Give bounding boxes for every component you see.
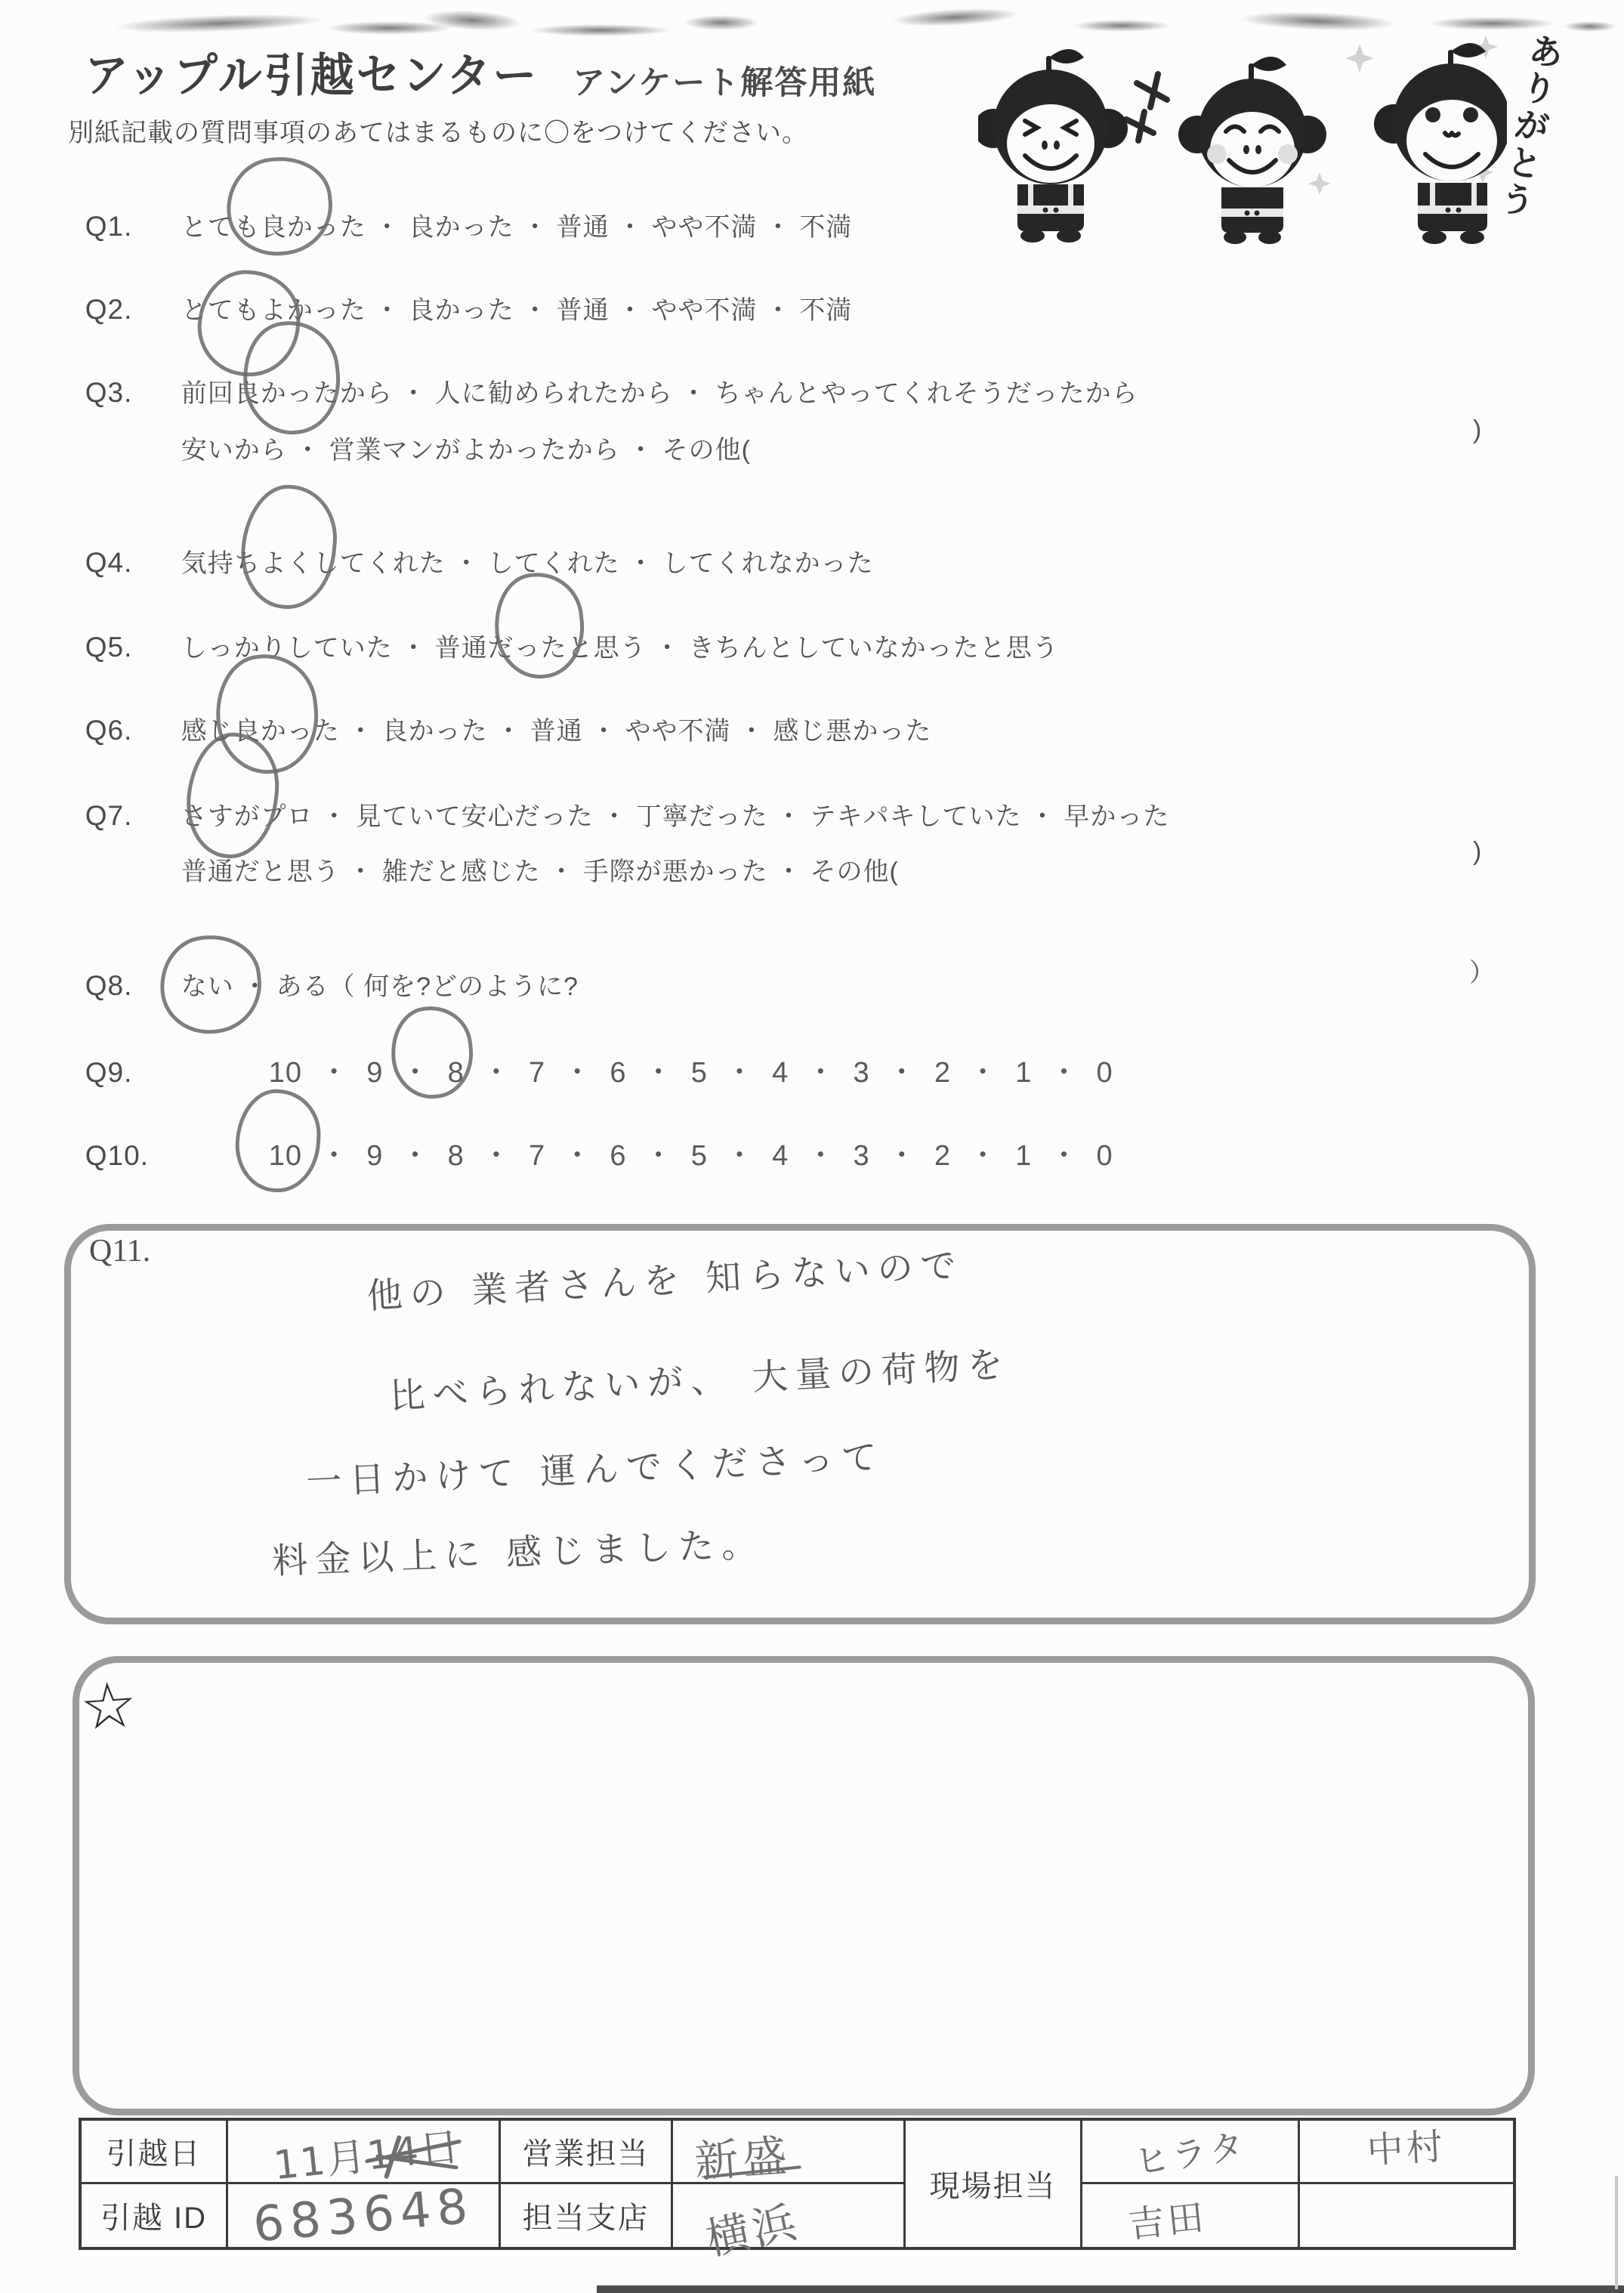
question-label: Q7. <box>85 800 181 832</box>
instruction-text: 別紙記載の質問事項のあてはまるものに〇をつけてください。 <box>68 112 808 149</box>
question-label: Q2. <box>85 294 181 326</box>
page-subtitle: アンケート解答用紙 <box>573 57 876 104</box>
star-mark: ☆ <box>78 1672 139 1739</box>
table-value-site-crew-2: 中村 <box>1300 2121 1513 2184</box>
question-row-q7-line2: Q普通だと思う ・ 雑だと感じた ・ 手際が悪かった ・ その他( ) <box>72 837 899 915</box>
question-label: Q9. <box>85 1057 181 1089</box>
close-paren: ) <box>1473 837 1481 867</box>
table-value-site-crew-3: 吉田 <box>1082 2184 1300 2247</box>
close-paren: ) <box>1473 416 1481 445</box>
scan-noise <box>325 21 453 35</box>
table-label-moving-date: 引越日 <box>82 2121 228 2184</box>
question-label: Q3. <box>85 377 181 409</box>
monkey-icon <box>1178 57 1326 244</box>
question-row-q9: Q9.10 ・ 9 ・ 8 ・ 7 ・ 6 ・ 5 ・ 4 ・ 3 ・ 2 ・ … <box>72 1035 1113 1104</box>
scan-noise <box>422 8 521 33</box>
table-value-sales-rep: 新盛 <box>673 2121 906 2184</box>
table-value-site-crew-1: ヒラタ <box>1082 2121 1300 2184</box>
question-row-q8: Q8.ない ・ ある（ 何を?どのように? ） <box>72 952 579 1030</box>
motion-marks-icon <box>1126 74 1167 141</box>
question-options: 安いから ・ 営業マンがよかったから ・ その他( <box>181 436 751 465</box>
question-options: 普通だと思う ・ 雑だと感じた ・ 手際が悪かった ・ その他( <box>181 858 899 886</box>
question-label: Q4. <box>85 547 181 579</box>
scan-noise <box>529 24 672 36</box>
monkey-icon <box>978 49 1128 243</box>
scan-artifact-line <box>1615 2176 1618 2289</box>
scan-noise <box>113 11 326 36</box>
question-label: Q5. <box>85 632 181 663</box>
footer-table: 引越日 11月14日 営業担当 新盛 現場担当 ヒラタ 中村 引越 ID 683… <box>79 2118 1516 2250</box>
question-options: しっかりしていた ・ 普通だったと思う ・ きちんとしていなかったと思う <box>181 634 1059 663</box>
question-scale-options: 10 ・ 9 ・ 8 ・ 7 ・ 6 ・ 5 ・ 4 ・ 3 ・ 2 ・ 1 ・… <box>269 1140 1113 1172</box>
page-title: アップル引越センター <box>85 38 539 104</box>
table-label-branch: 担当支店 <box>501 2184 673 2247</box>
question-row-q2: Q2.とてもよかった ・ 良かった ・ 普通 ・ やや不満 ・ 不満 <box>72 276 852 340</box>
table-value-moving-date: 11月14日 <box>228 2121 501 2184</box>
table-value-moving-id: 683648 <box>228 2184 501 2247</box>
question-label: Q10. <box>85 1140 181 1172</box>
scan-noise <box>684 15 759 30</box>
table-label-moving-id: 引越 ID <box>82 2184 228 2247</box>
question-row-q1: Q1.とても良かった ・ 良かった ・ 普通 ・ やや不満 ・ 不満 <box>72 193 852 257</box>
star-comment-box <box>73 1656 1535 2115</box>
question-row-q10: Q10.10 ・ 9 ・ 8 ・ 7 ・ 6 ・ 5 ・ 4 ・ 3 ・ 2 ・… <box>72 1118 1113 1187</box>
question-row-q3-line2: Q安いから ・ 営業マンがよかったから ・ その他( ) <box>72 416 751 493</box>
monkey-mascots-illustration <box>978 14 1507 255</box>
table-label-site-crew: 現場担当 <box>906 2121 1082 2247</box>
question-options: さすがプロ ・ 見ていて安心だった ・ 丁寧だった ・ テキパキしていた ・ 早… <box>181 802 1170 831</box>
question-row-q6: Q6.感じ良かった ・ 良かった ・ 普通 ・ やや不満 ・ 感じ悪かった <box>72 697 931 761</box>
scanned-survey-sheet: アップル引越センター アンケート解答用紙 別紙記載の質問事項のあてはまるものに〇… <box>0 0 1624 2293</box>
table-value-site-crew-4 <box>1300 2184 1513 2247</box>
table-label-sales-rep: 営業担当 <box>501 2121 673 2184</box>
scan-artifact-strip <box>597 2285 1624 2293</box>
close-paren: ） <box>1469 952 1495 989</box>
question-row-q4: Q4.気持ちよくしてくれた ・ してくれた ・ してくれなかった <box>72 529 874 593</box>
question-label: Q6. <box>85 715 181 746</box>
scan-noise <box>1564 21 1616 32</box>
question-label: Q1. <box>85 211 181 243</box>
question-label-q11: Q11. <box>89 1233 150 1269</box>
table-value-branch: 横浜 <box>673 2184 906 2247</box>
